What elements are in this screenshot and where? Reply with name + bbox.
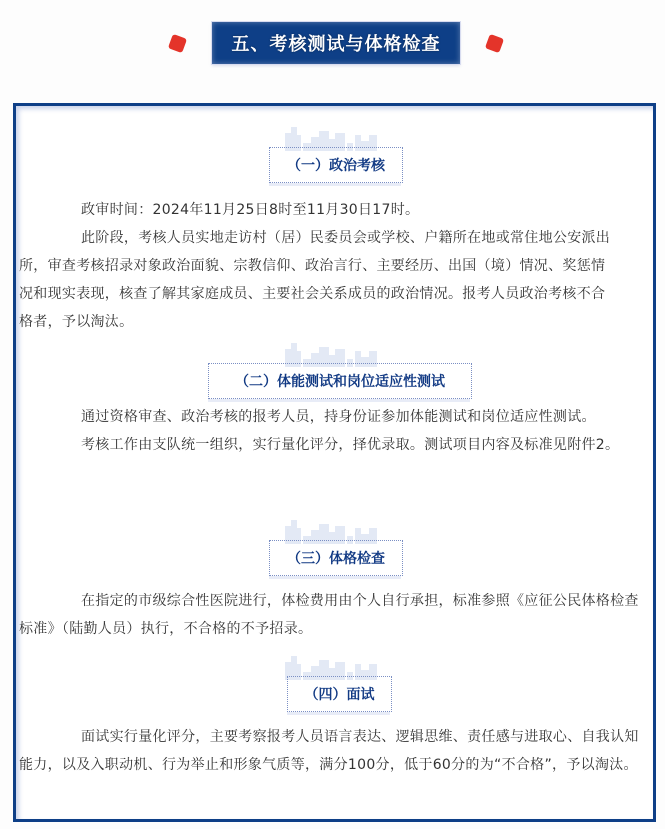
heading-box: （四）面试 [287,676,392,712]
section-heading-medical: （三）体格检查 [16,516,653,578]
content-frame: （一）政治考核 政审时间：2024年11月25日8时至11月30日17时。 此阶… [13,103,656,822]
section-heading-text: （四）面试 [305,684,375,704]
section-body-interview: 面试实行量化评分，主要考察报考人员语言表达、逻辑思维、责任感与进取心、自我认知能… [19,723,653,779]
heading-shadow [287,712,390,715]
red-diamond-icon [485,34,504,53]
section-body-political: 政审时间：2024年11月25日8时至11月30日17时。 此阶段，考核人员实地… [53,196,653,336]
section-body-medical: 在指定的市级综合性医院进行，体检费用由个人自行承担，标准参照《应征公民体格检查标… [19,587,653,643]
header: 五、考核测试与体格检查 [0,0,665,90]
paragraph: 此阶段，考核人员实地走访村（居）民委员会或学校、户籍所在地或常住地公安派出所，审… [19,224,619,336]
page-title: 五、考核测试与体格检查 [232,30,441,56]
paragraph: 考核工作由支队统一组织，实行量化评分，择优录取。测试项目内容及标准见附件2。 [19,431,653,459]
section-heading-text: （一）政治考核 [287,155,385,175]
section-heading-political: （一）政治考核 [16,123,653,185]
paragraph: 面试实行量化评分，主要考察报考人员语言表达、逻辑思维、责任感与进取心、自我认知能… [19,723,653,779]
heading-shadow [269,183,401,186]
section-body-physical: 通过资格审查、政治考核的报考人员，持身份证参加体能测试和岗位适应性测试。 考核工… [19,403,653,459]
heading-shadow [208,399,470,402]
paragraph: 政审时间：2024年11月25日8时至11月30日17时。 [53,196,653,224]
heading-box: （三）体格检查 [269,540,403,576]
section-heading-interview: （四）面试 [16,652,653,714]
heading-shadow [269,576,401,579]
heading-box: （一）政治考核 [269,147,403,183]
paragraph: 通过资格审查、政治考核的报考人员，持身份证参加体能测试和岗位适应性测试。 [19,403,653,431]
heading-box: （二）体能测试和岗位适应性测试 [208,363,472,399]
title-banner: 五、考核测试与体格检查 [212,22,460,64]
section-heading-text: （三）体格检查 [287,548,385,568]
red-diamond-icon [168,34,187,53]
section-heading-text: （二）体能测试和岗位适应性测试 [235,371,445,391]
section-heading-physical: （二）体能测试和岗位适应性测试 [16,339,653,401]
paragraph: 在指定的市级综合性医院进行，体检费用由个人自行承担，标准参照《应征公民体格检查标… [19,587,653,643]
